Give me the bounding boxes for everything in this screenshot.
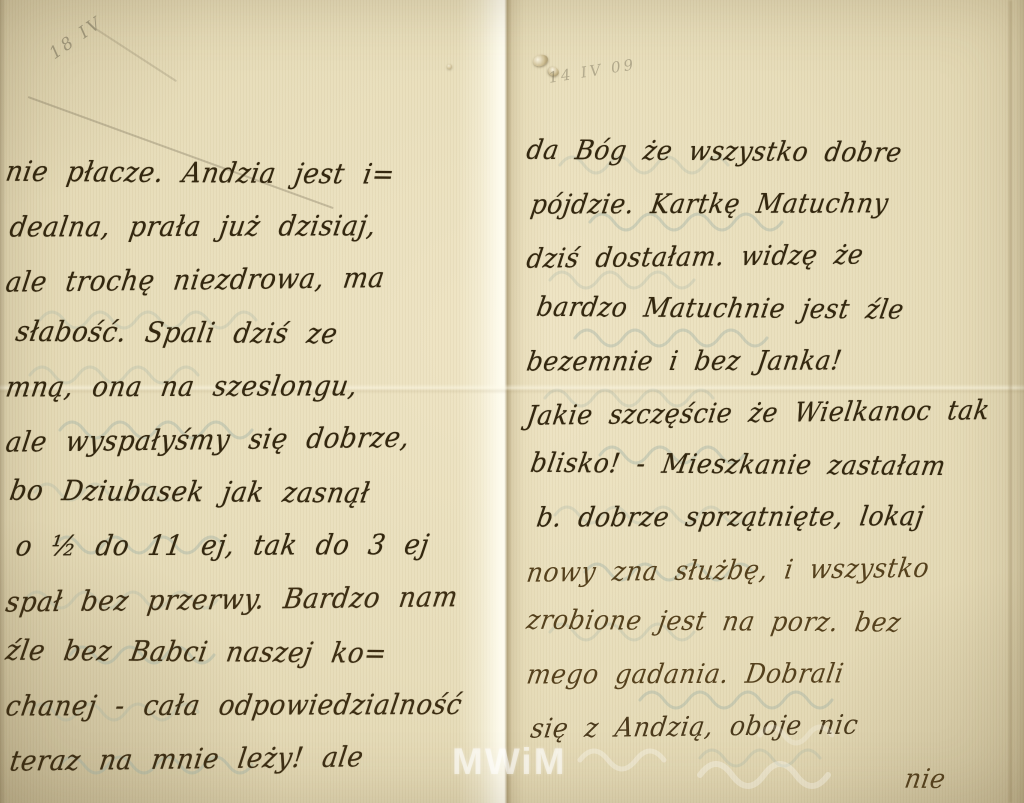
handwritten-text: dziś dostałam. widzę że — [525, 239, 866, 274]
paper-damage-speck — [532, 53, 550, 68]
handwritten-text: nie — [903, 763, 949, 795]
handwritten-line: dziś dostałam. widzę że — [527, 226, 1024, 284]
handwritten-line: dealna, prała już dzisiaj, — [6, 199, 502, 254]
pencil-date-annotation-top-left: 18 IV — [46, 12, 107, 63]
handwritten-text: chanej - cała odpowiedzialność — [3, 689, 464, 723]
handwritten-line: bo Dziubasek jak zasnął — [6, 464, 502, 521]
handwritten-text: pójdzie. Kartkę Matuchny — [529, 187, 891, 220]
handwritten-line: pójdzie. Kartkę Matuchny — [527, 176, 1024, 230]
handwritten-text: bo Dziubasek jak zasnął — [7, 475, 372, 510]
letter-scan: 18 IV 14 IV 09 nie płacze. Andzia jest i… — [0, 0, 1024, 803]
handwritten-text: ale wyspałyśmy się dobrze, — [4, 421, 412, 458]
handwritten-line: nie — [527, 749, 1024, 803]
handwritten-text: bardzo Matuchnie jest źle — [534, 290, 906, 324]
handwritten-text: da Bóg że wszystko dobre — [524, 134, 904, 168]
handwritten-line: słabość. Spali dziś ze — [6, 305, 502, 362]
pencil-date-annotation-top-center: 14 IV 09 — [547, 55, 637, 87]
handwritten-text: słabość. Spali dziś ze — [13, 315, 340, 350]
handwritten-text: zrobione jest na porz. bez — [524, 603, 903, 637]
handwritten-line: o ½ do 11 ej, tak do 3 ej — [6, 518, 502, 573]
handwritten-line: zrobione jest na porz. bez — [527, 593, 1024, 649]
handwritten-text: Jakie szczęście że Wielkanoc tak — [525, 394, 992, 431]
handwritten-line: mego gadania. Dobrali — [527, 646, 1024, 700]
paper-damage-speck — [447, 64, 452, 69]
handwritten-text: nowy zna służbę, i wszystko — [525, 551, 932, 587]
handwritten-text: się z Andzią, oboje nic — [529, 708, 861, 743]
handwritten-line: da Bóg że wszystko dobre — [527, 123, 1024, 179]
handwritten-text: mego gadania. Dobrali — [525, 657, 847, 689]
handwritten-text: nie płacze. Andzia jest i= — [3, 155, 397, 190]
handwritten-line: blisko! - Mieszkanie zastałam — [527, 436, 1024, 492]
handwritten-line: spał bez przerwy. Bardzo nam — [6, 569, 503, 628]
left-page-text: nie płacze. Andzia jest i= dealna, prała… — [6, 147, 502, 785]
handwritten-line: nowy zna służbę, i wszystko — [527, 539, 1024, 597]
handwritten-line: b. dobrze sprzątnięte, lokaj — [527, 489, 1024, 543]
handwritten-text: dealna, prała już dzisiaj, — [7, 210, 378, 244]
handwritten-line: źle bez Babci naszej ko= — [6, 624, 502, 681]
handwritten-text: teraz na mnie leży! ale — [8, 741, 366, 778]
handwritten-text: b. dobrze sprzątnięte, lokaj — [535, 500, 927, 533]
handwritten-line: nie płacze. Andzia jest i= — [6, 145, 502, 202]
handwritten-text: bezemnie i bez Janka! — [525, 344, 845, 376]
handwritten-line: chanej - cała odpowiedzialność — [6, 678, 502, 733]
right-page-text: da Bóg że wszystko dobre pójdzie. Kartkę… — [527, 125, 1024, 803]
handwritten-line: mną, ona na szeslongu, — [6, 359, 502, 414]
handwritten-line: ale trochę niezdrowa, ma — [6, 250, 503, 309]
handwritten-text: spał bez przerwy. Bardzo nam — [4, 580, 460, 618]
handwritten-line: się z Andzią, oboje nic — [527, 696, 1024, 754]
handwritten-text: ale trochę niezdrowa, ma — [4, 262, 387, 299]
pencil-stroke — [95, 28, 177, 82]
handwritten-line: ale wyspałyśmy się dobrze, — [6, 410, 503, 469]
handwritten-text: źle bez Babci naszej ko= — [3, 634, 389, 669]
handwritten-text: mną, ona na szeslongu, — [3, 370, 359, 404]
handwritten-line: teraz na mnie leży! ale — [6, 729, 503, 788]
museum-watermark: MWiM — [452, 741, 567, 783]
handwritten-line: Jakie szczęście że Wielkanoc tak — [527, 383, 1024, 441]
handwritten-line: bardzo Matuchnie jest źle — [527, 280, 1024, 336]
handwritten-text: o ½ do 11 ej, tak do 3 ej — [13, 529, 431, 563]
handwritten-line: bezemnie i bez Janka! — [527, 333, 1024, 387]
handwritten-text: blisko! - Mieszkanie zastałam — [528, 447, 948, 482]
